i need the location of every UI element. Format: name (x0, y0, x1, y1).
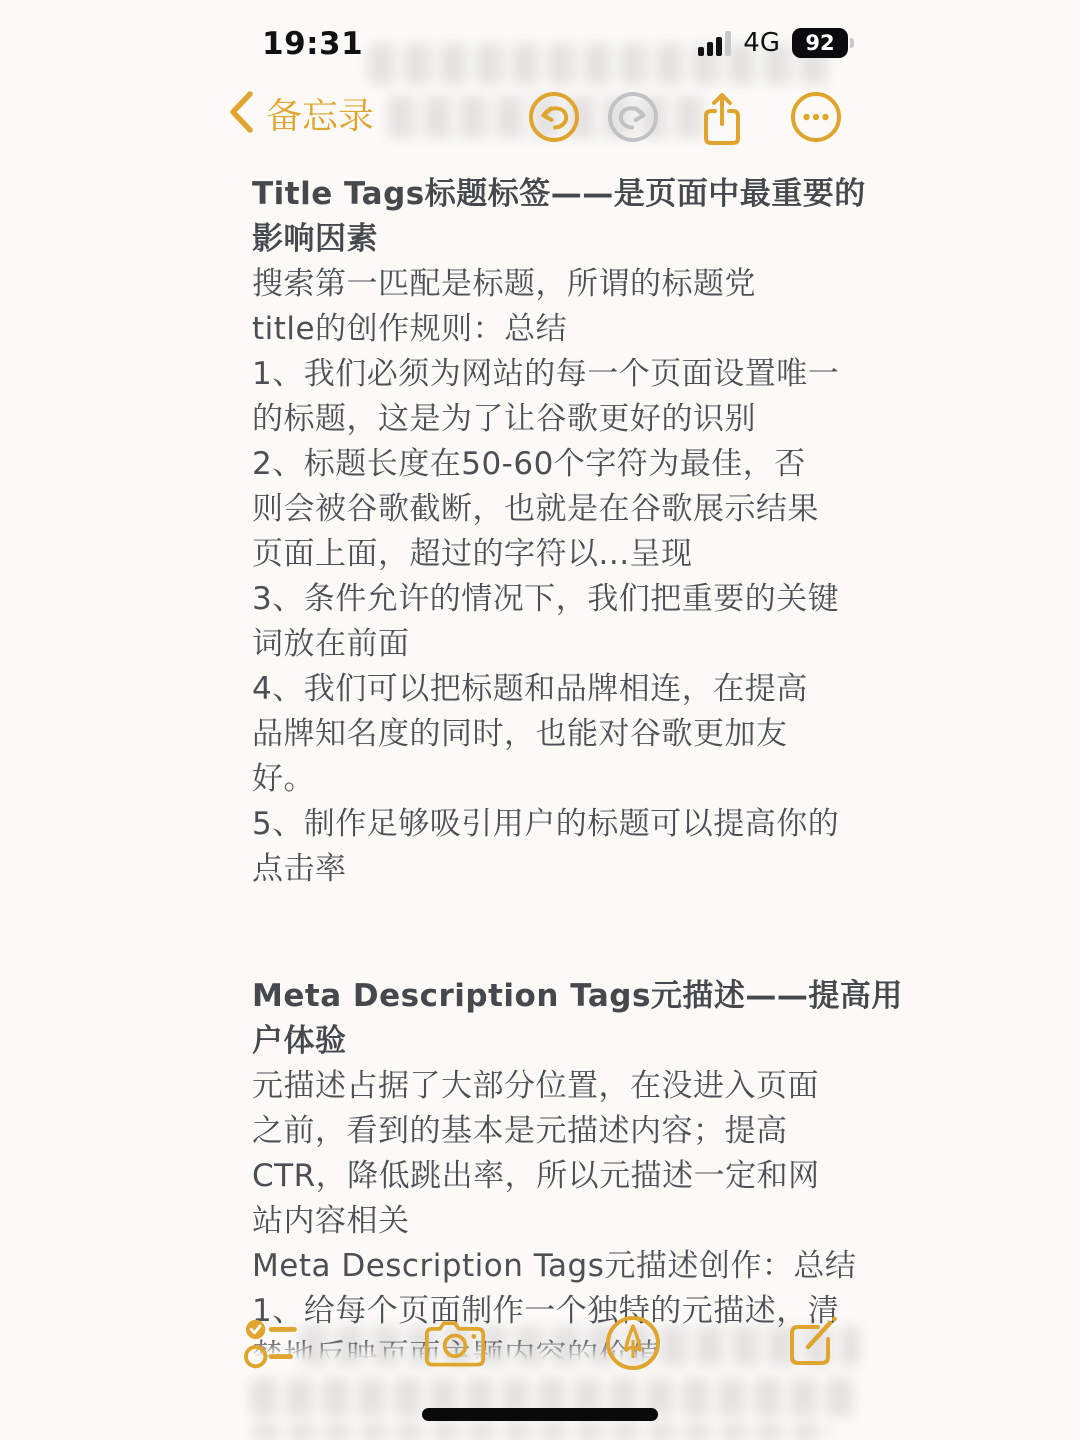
nav-bar: 备忘录 (0, 88, 1080, 150)
checklist-icon (244, 1315, 308, 1371)
compose-icon (782, 1313, 842, 1373)
note-line: 词放在前面 (252, 622, 852, 667)
back-button-label: 备忘录 (266, 88, 374, 139)
undo-button[interactable] (527, 90, 581, 144)
status-time: 19:31 (262, 26, 363, 62)
note-line: 5、制作足够吸引用户的标题可以提高你的 (252, 802, 852, 847)
note-line: 点击率 (252, 847, 852, 892)
note-line: 则会被谷歌截断，也就是在谷歌展示结果 (252, 487, 852, 532)
note-content[interactable]: Title Tags标题标签——是页面中最重要的 影响因素 搜索第一匹配是标题，… (252, 172, 852, 1360)
camera-button[interactable] (423, 1311, 487, 1375)
note-line: Meta Description Tags元描述创作：总结 (252, 1244, 852, 1289)
compose-button[interactable] (780, 1311, 844, 1375)
note-heading-line: Meta Description Tags元描述——提高用 (252, 974, 852, 1019)
notes-app-screen: 19:31 4G 92 备忘录 (0, 0, 1080, 1440)
note-line: title的创作规则：总结 (252, 307, 852, 352)
more-options-button[interactable] (789, 90, 843, 144)
note-line: 之前，看到的基本是元描述内容；提高 (252, 1109, 852, 1154)
redo-button[interactable] (606, 90, 660, 144)
battery-icon: 92 (792, 28, 848, 58)
note-line: 品牌知名度的同时，也能对谷歌更加友 (252, 712, 852, 757)
note-line: CTR，降低跳出率，所以元描述一定和网 (252, 1154, 852, 1199)
note-line: 搜索第一匹配是标题，所谓的标题党 (252, 262, 852, 307)
note-line: 元描述占据了大部分位置，在没进入页面 (252, 1064, 852, 1109)
back-button[interactable]: 备忘录 (226, 88, 374, 139)
note-heading-line: 户体验 (252, 1019, 852, 1064)
note-line: 3、条件允许的情况下，我们把重要的关键 (252, 577, 852, 622)
share-button[interactable] (695, 90, 749, 144)
note-line: 4、我们可以把标题和品牌相连，在提高 (252, 667, 852, 712)
network-type-label: 4G (743, 28, 780, 58)
cellular-signal-icon (698, 30, 731, 56)
blank-line (252, 892, 852, 974)
status-bar: 19:31 4G 92 (0, 20, 1080, 64)
home-indicator[interactable] (422, 1408, 658, 1421)
note-line: 1、我们必须为网站的每一个页面设置唯一 (252, 352, 852, 397)
camera-icon (423, 1316, 487, 1370)
markup-pen-icon (604, 1314, 662, 1372)
note-line: 2、标题长度在50-60个字符为最佳，否 (252, 442, 852, 487)
markup-button[interactable] (601, 1311, 665, 1375)
checklist-button[interactable] (244, 1311, 308, 1375)
note-line: 好。 (252, 757, 852, 802)
battery-percent: 92 (805, 31, 834, 55)
ghost-text-line (252, 1424, 832, 1440)
note-line: 的标题，这是为了让谷歌更好的识别 (252, 397, 852, 442)
note-heading-line: 影响因素 (252, 217, 852, 262)
bottom-toolbar (0, 1298, 1080, 1388)
note-line: 站内容相关 (252, 1199, 852, 1244)
chevron-left-icon (226, 89, 256, 139)
note-heading-line: Title Tags标题标签——是页面中最重要的 (252, 172, 852, 217)
note-line: 页面上面，超过的字符以...呈现 (252, 532, 852, 577)
